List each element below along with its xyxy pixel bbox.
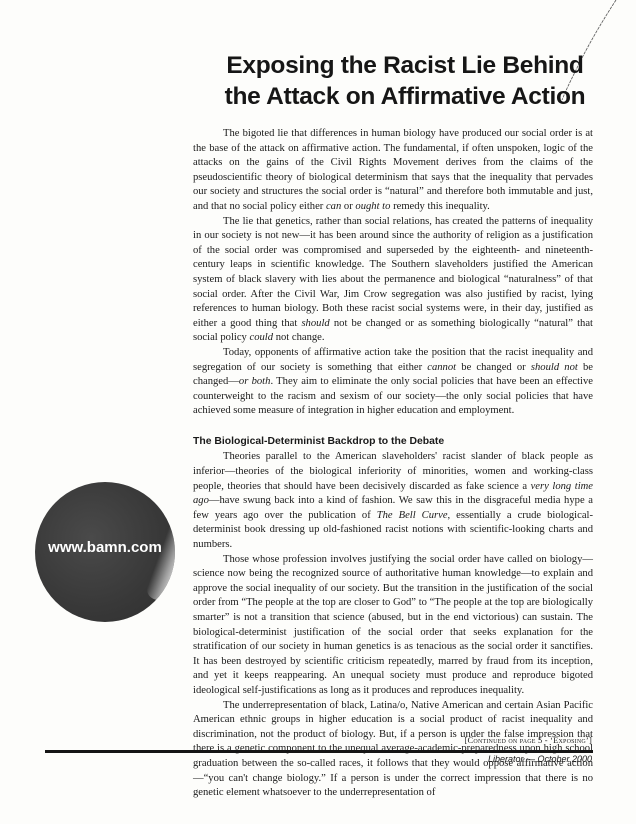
paragraph: Today, opponents of affirmative action t… <box>193 346 593 419</box>
emphasis: cannot <box>427 362 456 373</box>
article-body: The bigoted lie that differences in huma… <box>193 127 593 801</box>
paragraph: The lie that genetics, rather than socia… <box>193 215 593 346</box>
paragraph: Those whose profession involves justifyi… <box>193 553 593 699</box>
section-subheading: The Biological-Determinist Backdrop to t… <box>193 435 593 450</box>
bamn-website-badge: www.bamn.com <box>35 482 175 622</box>
title-line-2: the Attack on Affirmative Action <box>200 81 610 112</box>
paragraph: The bigoted lie that differences in huma… <box>193 127 593 215</box>
emphasis: The Bell Curve <box>377 510 448 521</box>
title-line-1: Exposing the Racist Lie Behind <box>200 50 610 81</box>
emphasis: should <box>301 318 329 329</box>
article-title: Exposing the Racist Lie Behind the Attac… <box>200 50 610 112</box>
emphasis: could <box>250 332 274 343</box>
emphasis: or both <box>239 376 271 387</box>
website-url: www.bamn.com <box>35 539 175 556</box>
badge-glare <box>144 511 175 603</box>
paragraph: Theories parallel to the American slaveh… <box>193 450 593 552</box>
emphasis: very long time ago <box>193 481 593 507</box>
emphasis: can <box>326 201 341 212</box>
emphasis: ought to <box>355 201 390 212</box>
emphasis: should not <box>531 362 578 373</box>
publication-footer: Liberator — October 2000 <box>488 754 592 764</box>
continued-notice: [Continued on page 5 - ‘Exposing’] <box>465 735 592 745</box>
biological-determinist-section: Theories parallel to the American slaveh… <box>193 450 593 800</box>
intro-section: The bigoted lie that differences in huma… <box>193 127 593 419</box>
footer-rule <box>45 750 593 753</box>
